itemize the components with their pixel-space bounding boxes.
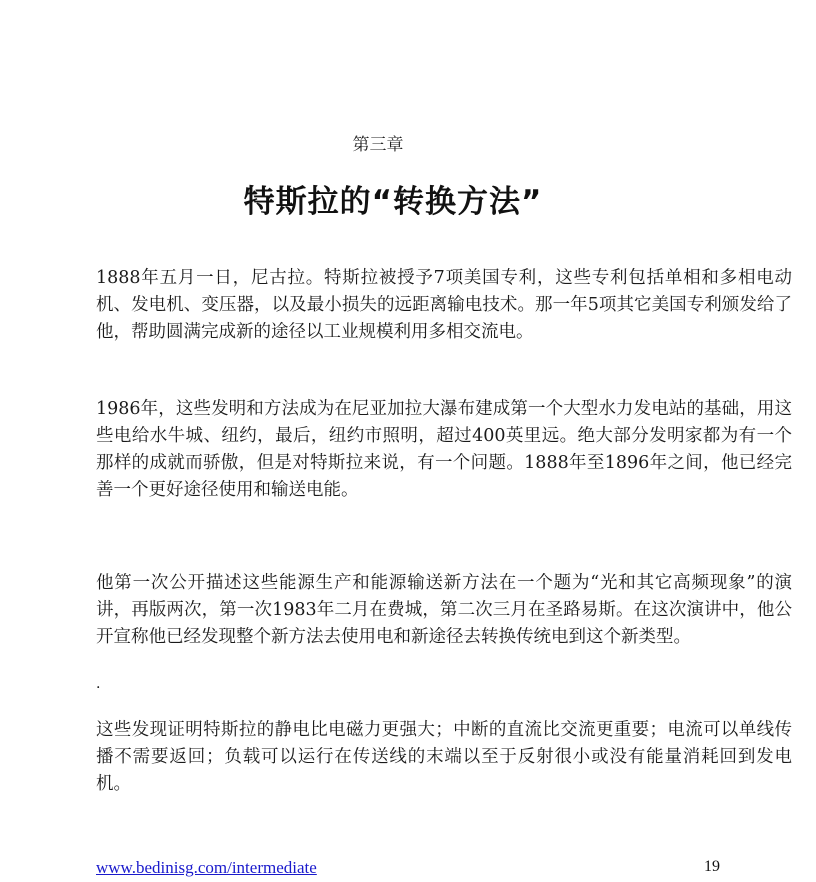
chapter-label: 第三章 [0,130,756,155]
separator-mark: . [96,676,100,692]
paragraph-4: 这些发现证明特斯拉的静电比电磁力更强大；中断的直流比交流更重要；电流可以单线传播… [96,717,792,798]
footer-website-link[interactable]: www.bedinisg.com/intermediate [96,858,317,878]
paragraph-2: 1986年，这些发明和方法成为在尼亚加拉大瀑布建成第一个大型水力发电站的基础，用… [96,396,792,504]
paragraph-1: 1888年五月一日，尼古拉。特斯拉被授予7项美国专利，这些专利包括单相和多相电动… [96,265,792,346]
page-number: 19 [704,858,720,876]
paragraph-3: 他第一次公开描述这些能源生产和能源输送新方法在一个题为“光和其它高频现象”的演讲… [96,570,792,651]
chapter-title: 特斯拉的“转换方法” [0,176,786,221]
